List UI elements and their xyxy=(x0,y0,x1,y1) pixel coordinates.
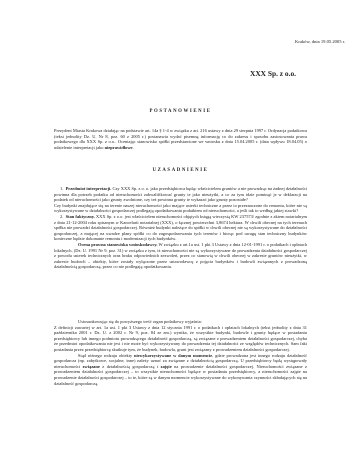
document-title: POSTANOWIENIE xyxy=(54,109,307,114)
place-date: Kraków, dnia 19.05.2005 r. xyxy=(295,39,345,44)
intro-verdict: nieprawidłowe xyxy=(105,145,133,150)
item2-number: 2. xyxy=(60,214,63,219)
item1-text2: Czy budynki znajdujące się na terenie na… xyxy=(54,203,307,214)
item3-label: Ocena prawna stanowiska wnioskodawcy. xyxy=(78,242,158,247)
para6-text-c: z działalnością gospodarczą i xyxy=(100,364,161,369)
item1-number: 1. xyxy=(60,186,63,191)
intro-text: Prezydent Miasta Krakowa działając na po… xyxy=(54,128,307,150)
tax-authority-explanation: Ustosunkowując się do powyższego treść o… xyxy=(54,319,307,386)
intro-paragraph: Prezydent Miasta Krakowa działając na po… xyxy=(54,128,307,150)
item2-label: Stan faktyczny. xyxy=(66,214,95,219)
justification-section: 1. Przedmiot interpretacji. Czy XXX Sp. … xyxy=(54,186,307,270)
item1-label: Przedmiot interpretacji. xyxy=(66,186,112,191)
addressee: XXX Sp. z o.o. xyxy=(250,69,296,78)
para6-bold-2: związane xyxy=(83,364,100,369)
para6-bold-1: niewykorzystywane w danym momencie xyxy=(134,353,212,358)
para6-text-a: Stąd różnego rodzaju obiekty xyxy=(78,353,134,358)
explanation-definition: Z definicji zawartej w art. 1a ust. 1 pk… xyxy=(54,325,307,353)
para6-bold-3: zajęte xyxy=(161,364,172,369)
justification-title: UZASADNIENIE xyxy=(54,168,307,173)
intro-end: . xyxy=(133,145,134,150)
